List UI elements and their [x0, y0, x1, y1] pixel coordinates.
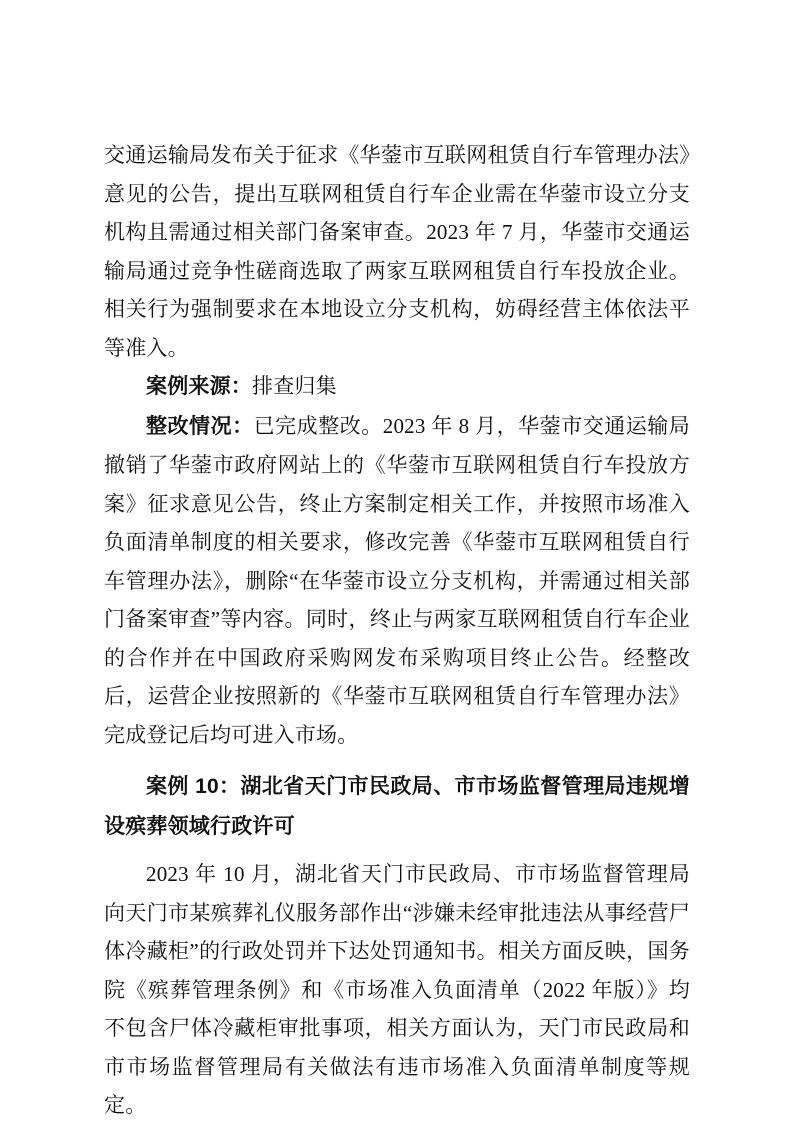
- paragraph-case10-facts: 2023 年 10 月，湖北省天门市民政局、市市场监督管理局向天门市某殡葬礼仪服…: [104, 855, 690, 1122]
- rectification-status-label: 整改情况：: [146, 415, 254, 438]
- paragraph-case9-source: 案例来源：排查归集: [104, 367, 690, 407]
- paragraph-text: 交通运输局发布关于征求《华蓥市互联网租赁自行车管理办法》意见的公告，提出互联网租…: [104, 143, 690, 360]
- paragraph-case9-facts: 交通运输局发布关于征求《华蓥市互联网租赁自行车管理办法》意见的公告，提出互联网租…: [104, 136, 690, 367]
- paragraph-case9-rectification: 整改情况：已完成整改。2023 年 8 月，华蓥市交通运输局撤销了华蓥市政府网站…: [104, 407, 690, 755]
- case10-heading: 案例 10：湖北省天门市民政局、市市场监督管理局违规增设殡葬领域行政许可: [104, 767, 690, 847]
- case-source-label: 案例来源：: [146, 375, 252, 398]
- paragraph-text: 2023 年 10 月，湖北省天门市民政局、市市场监督管理局向天门市某殡葬礼仪服…: [104, 862, 690, 1117]
- document-content: 交通运输局发布关于征求《华蓥市互联网租赁自行车管理办法》意见的公告，提出互联网租…: [104, 136, 690, 1122]
- document-page: 交通运输局发布关于征求《华蓥市互联网租赁自行车管理办法》意见的公告，提出互联网租…: [0, 0, 793, 1122]
- case-source-value: 排查归集: [252, 374, 337, 398]
- rectification-status-text: 已完成整改。2023 年 8 月，华蓥市交通运输局撤销了华蓥市政府网站上的《华蓥…: [104, 414, 690, 747]
